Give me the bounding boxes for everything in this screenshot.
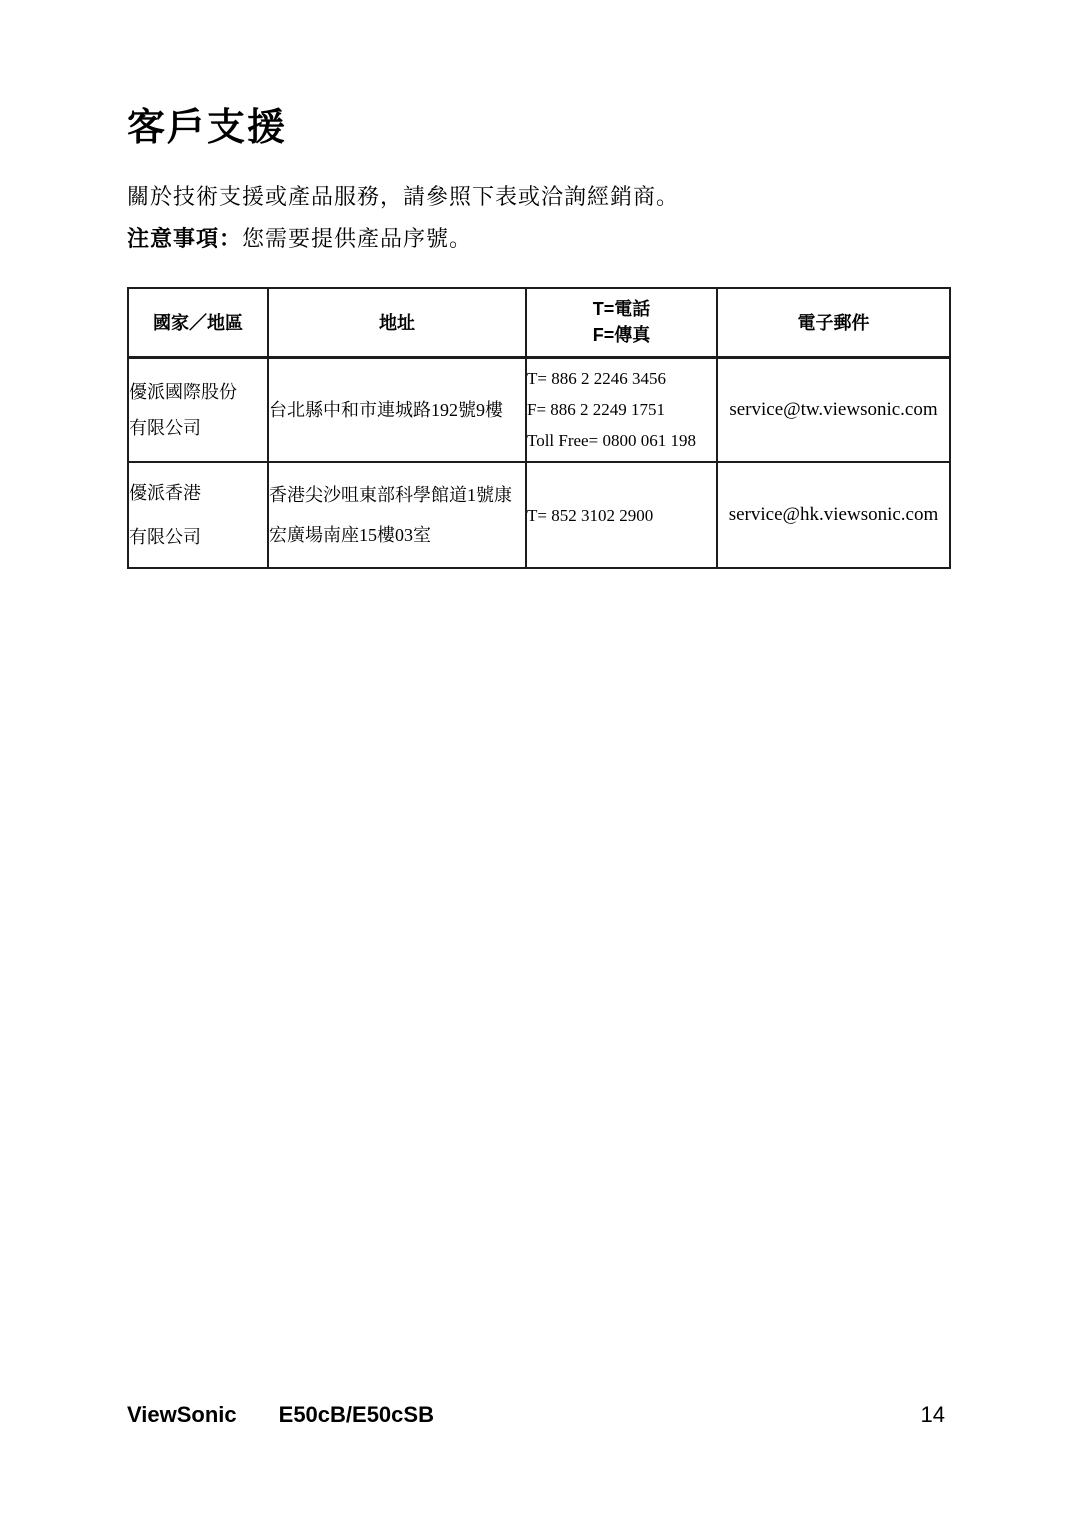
header-phone-label: T=電話 xyxy=(527,296,716,322)
page-content: 客戶支援 關於技術支援或產品服務，請參照下表或洽詢經銷商。 注意事項：您需要提供… xyxy=(127,0,949,569)
table-row-hongkong: 優派香港 有限公司 香港尖沙咀東部科學館道1號康宏廣場南座15樓03室 T= 8… xyxy=(128,462,950,568)
note-label: 注意事項： xyxy=(127,226,242,251)
header-phone-fax: T=電話F=傳真 xyxy=(526,288,717,357)
cell-company-name: 優派國際股份 有限公司 xyxy=(128,357,268,462)
header-email: 電子郵件 xyxy=(717,288,950,357)
cell-phone-fax: T= 852 3102 2900 xyxy=(526,462,717,568)
footer-page-number: 14 xyxy=(921,1402,949,1428)
cell-company-name: 優派香港 有限公司 xyxy=(128,462,268,568)
document-page: 客戶支援 關於技術支援或產品服務，請參照下表或洽詢經銷商。 注意事項：您需要提供… xyxy=(0,0,1080,1527)
cell-email: service@hk.viewsonic.com xyxy=(717,462,950,568)
table-row-taiwan: 優派國際股份 有限公司 台北縣中和市連城路192號9樓 T= 886 2 224… xyxy=(128,357,950,462)
header-address: 地址 xyxy=(268,288,526,357)
cell-address: 台北縣中和市連城路192號9樓 xyxy=(268,357,526,462)
page-footer: ViewSonic E50cB/E50cSB 14 xyxy=(127,1402,949,1428)
header-country-region: 國家／地區 xyxy=(128,288,268,357)
intro-text: 關於技術支援或產品服務，請參照下表或洽詢經銷商。 xyxy=(127,182,949,212)
footer-model: E50cB/E50cSB xyxy=(279,1402,434,1428)
header-fax-label: F=傳真 xyxy=(527,322,716,348)
footer-brand: ViewSonic xyxy=(127,1402,237,1428)
note-line: 注意事項：您需要提供產品序號。 xyxy=(127,224,949,254)
table-header-row: 國家／地區 地址 T=電話F=傳真 電子郵件 xyxy=(128,288,950,357)
page-title: 客戶支援 xyxy=(127,104,949,152)
cell-address: 香港尖沙咀東部科學館道1號康宏廣場南座15樓03室 xyxy=(268,462,526,568)
cell-phone-fax: T= 886 2 2246 3456 F= 886 2 2249 1751 To… xyxy=(526,357,717,462)
support-contacts-table: 國家／地區 地址 T=電話F=傳真 電子郵件 優派國際股份 有限公司 台北縣中和… xyxy=(127,287,951,569)
note-text: 您需要提供產品序號。 xyxy=(242,226,472,251)
cell-email: service@tw.viewsonic.com xyxy=(717,357,950,462)
